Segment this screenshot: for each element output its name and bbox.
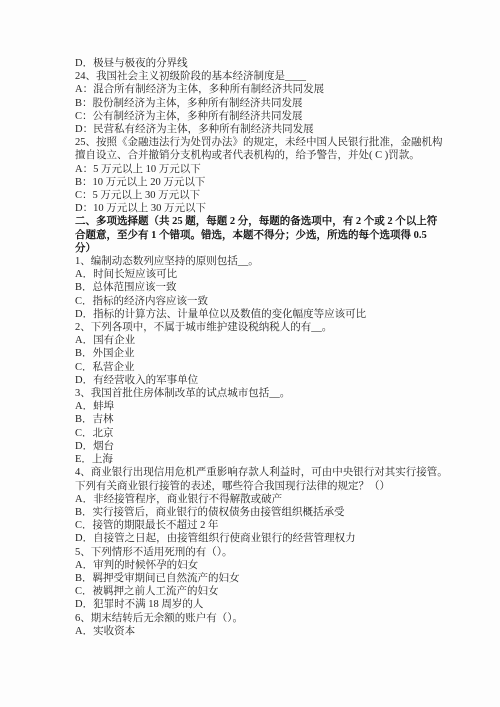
text-line: 2、下列各项中，不属于城市维护建设税纳税人的有__。 [75,321,450,334]
text-line: 1、编制动态数列应坚持的原则包括__。 [75,255,450,268]
text-line: 擅自设立、合并撤销分支机构或者代表机构的，给予警告，并处( C )罚款。 [75,149,450,162]
text-line: A．国有企业 [75,334,450,347]
text-line: A．实收资本 [75,625,450,638]
text-line: D：民营私有经济为主体，多种所有制经济共同发展 [75,123,450,136]
text-line: B．羁押受审期间已自然流产的妇女 [75,572,450,585]
text-line: B．吉林 [75,413,450,426]
text-line: B．总体范围应该一致 [75,281,450,294]
text-line: C．私营企业 [75,361,450,374]
text-line: 5、下列情形不适用死刑的有（）。 [75,546,450,559]
text-line: A．时间长短应该可比 [75,268,450,281]
text-line: B：股份制经济为主体，多种所有制经济共同发展 [75,97,450,110]
text-line: C：公有制经济为主体，多种所有制经济共同发展 [75,110,450,123]
text-line: D．犯罪时不满 18 周岁的人 [75,598,450,611]
text-line: 3、我国首批住房体制改革的试点城市包括__。 [75,387,450,400]
text-line: A．非经接管程序，商业银行不得解散或破产 [75,493,450,506]
text-line: C．北京 [75,427,450,440]
text-line: A：混合所有制经济为主体，多种所有制经济共同发展 [75,83,450,96]
text-line: 6、期末结转后无余额的账户有（）。 [75,612,450,625]
section-header-line: 二、多项选择题（共 25 题，每题 2 分，每题的备选项中，有 2 个或 2 个… [75,215,450,228]
text-line: D．指标的计算方法、计量单位以及数值的变化幅度等应该可比 [75,308,450,321]
section-header-line: 合题意，至少有 1 个错项。错选，本题不得分；少选，所选的每个选项得 0.5 [75,229,450,242]
text-line: D．有经营收入的军事单位 [75,374,450,387]
text-line: D．自接管之日起，由接管组织行使商业银行的经营管理权力 [75,532,450,545]
text-line: D．烟台 [75,440,450,453]
text-line: 25、按照《金融违法行为处罚办法》的规定，未经中国人民银行批准，金融机构 [75,136,450,149]
document-page: D．极昼与极夜的分界线24、我国社会主义初级阶段的基本经济制度是____A：混合… [0,0,500,707]
section-header-line: 分） [75,242,450,255]
text-line: B．实行接管后，商业银行的债权债务由接管组织概括承受 [75,506,450,519]
text-line: 24、我国社会主义初级阶段的基本经济制度是____ [75,70,450,83]
text-line: A．蚌埠 [75,400,450,413]
text-line: C．指标的经济内容应该一致 [75,295,450,308]
text-line: A：5 万元以上 10 万元以下 [75,163,450,176]
text-line: D．极昼与极夜的分界线 [75,57,450,70]
document-text: D．极昼与极夜的分界线24、我国社会主义初级阶段的基本经济制度是____A：混合… [75,57,450,638]
text-line: C：5 万元以上 30 万元以下 [75,189,450,202]
text-line: C．被羁押之前人工流产的妇女 [75,585,450,598]
text-line: C．接管的期限最长不超过 2 年 [75,519,450,532]
text-line: B．外国企业 [75,347,450,360]
text-line: B：10 万元以上 20 万元以下 [75,176,450,189]
text-line: D：10 万元以上 30 万元以下 [75,202,450,215]
text-line: A．审判的时候怀孕的妇女 [75,559,450,572]
text-line: 下列有关商业银行接管的表述，哪些符合我国现行法律的规定？（） [75,480,450,493]
text-line: E．上海 [75,453,450,466]
text-line: 4、商业银行出现信用危机严重影响存款人利益时，可由中央银行对其实行接管。 [75,466,450,479]
